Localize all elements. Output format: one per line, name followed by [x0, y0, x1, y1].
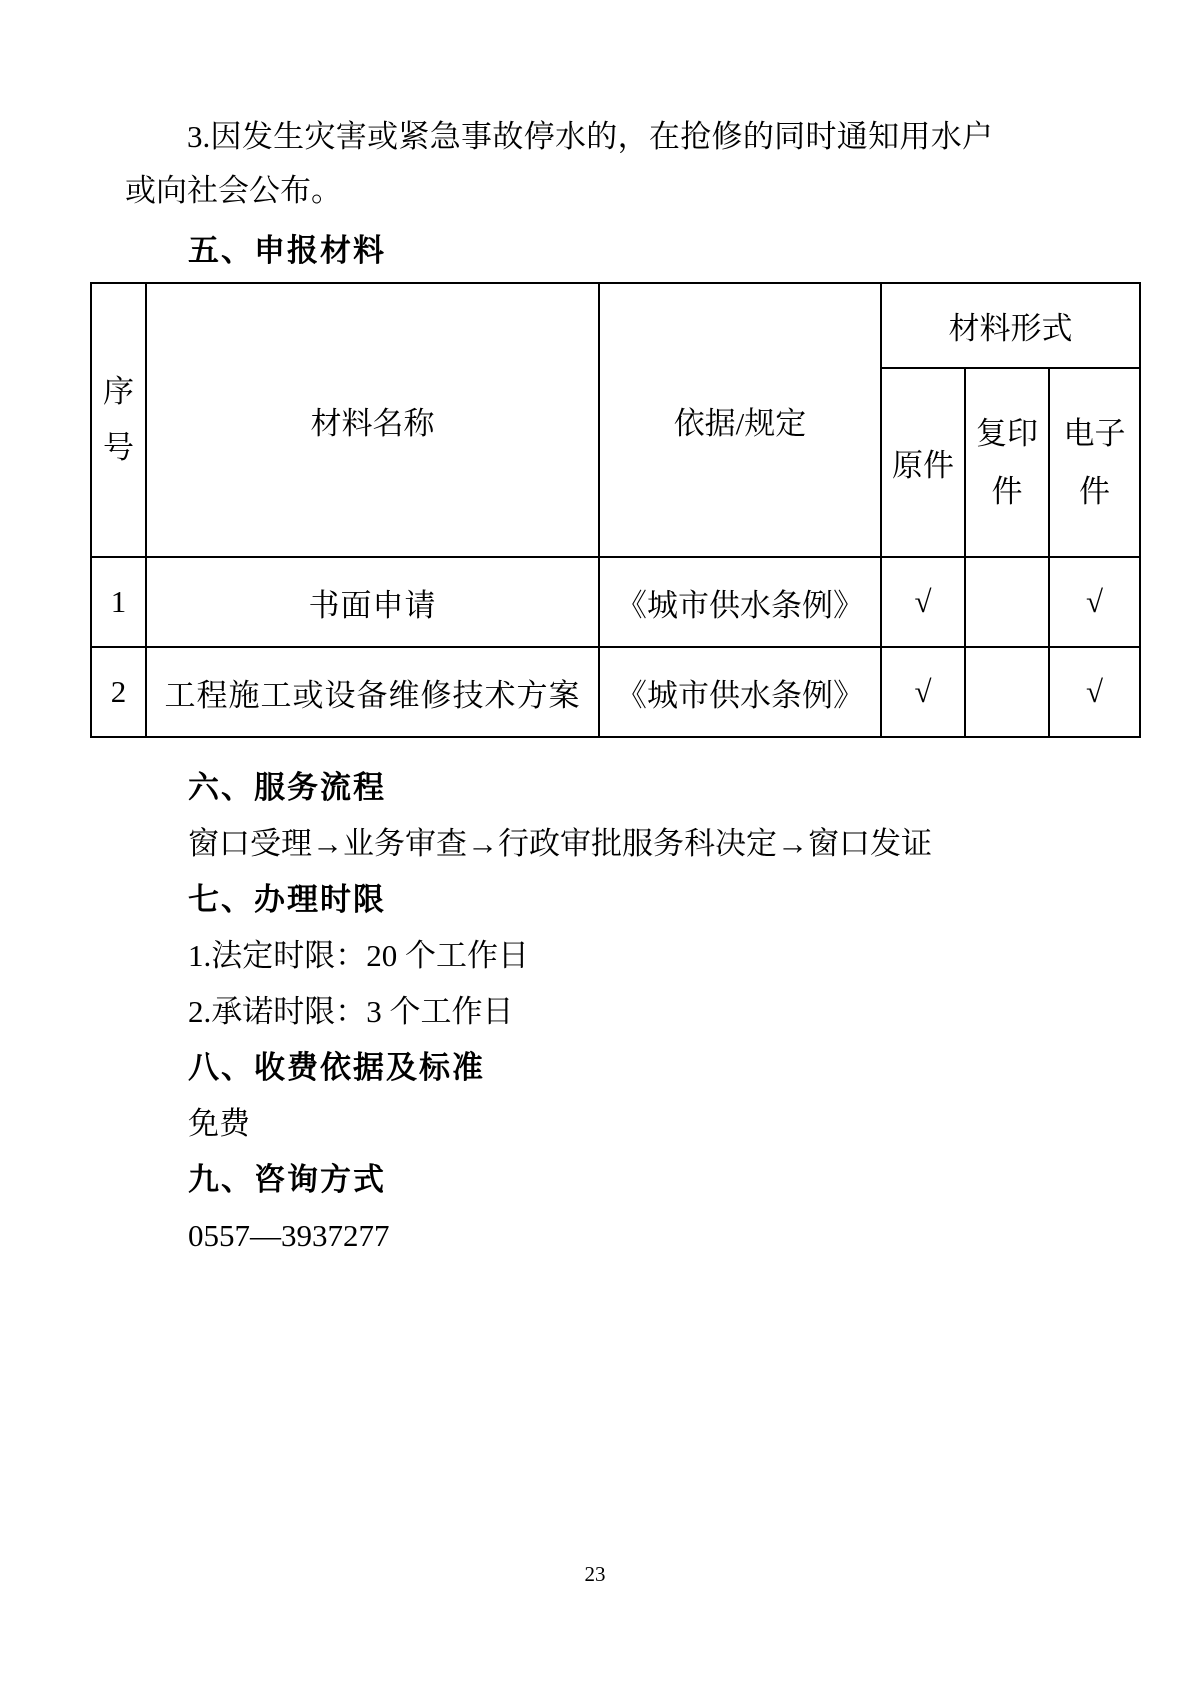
- row1-seq: 1: [91, 557, 146, 647]
- heading-section5-application-materials: 五、申报材料: [188, 226, 1190, 276]
- column-header-copy: 复印件: [965, 368, 1049, 557]
- column-header-material-name: 材料名称: [146, 283, 599, 557]
- consultation-phone-number: 0557—3937277: [188, 1208, 1190, 1264]
- heading-section8-fee-basis-standard: 八、收费依据及标准: [188, 1040, 1190, 1096]
- heading-section9-consultation-method: 九、咨询方式: [188, 1152, 1190, 1208]
- row2-electronic-checkmark: √: [1049, 647, 1140, 737]
- promised-time-limit-text: 2.承诺时限：3 个工作日: [188, 984, 1190, 1040]
- row2-material-name: 工程施工或设备维修技术方案: [146, 647, 599, 737]
- row1-basis: 《城市供水条例》: [599, 557, 881, 647]
- row2-seq: 2: [91, 647, 146, 737]
- column-header-original: 原件: [881, 368, 965, 557]
- heading-section6-service-process: 六、服务流程: [188, 760, 1190, 816]
- table-row-1: 1 书面申请 《城市供水条例》 √ √: [91, 557, 1140, 647]
- row2-copy-cell: [965, 647, 1049, 737]
- statutory-time-limit-text: 1.法定时限：20 个工作日: [188, 928, 1190, 984]
- column-header-seq: 序号: [91, 283, 146, 557]
- document-page: 3.因发生灾害或紧急事故停水的，在抢修的同时通知用水户或向社会公布。 五、申报材…: [0, 0, 1190, 1684]
- column-header-basis: 依据/规定: [599, 283, 881, 557]
- heading-section7-processing-time-limit: 七、办理时限: [188, 872, 1190, 928]
- document-content: 3.因发生灾害或紧急事故停水的，在抢修的同时通知用水户或向社会公布。 五、申报材…: [0, 0, 1190, 1264]
- materials-table: 序号 材料名称 依据/规定 材料形式 原件 复印件 电子件 1 书面申请 《城市…: [90, 282, 1141, 738]
- row1-original-checkmark: √: [881, 557, 965, 647]
- table-row-2: 2 工程施工或设备维修技术方案 《城市供水条例》 √ √: [91, 647, 1140, 737]
- fee-free-text: 免费: [188, 1096, 1190, 1152]
- service-process-flow-text: 窗口受理→业务审查→行政审批服务科决定→窗口发证: [188, 816, 1190, 872]
- column-header-material-form: 材料形式: [881, 283, 1140, 368]
- table-header-row-top: 序号 材料名称 依据/规定 材料形式: [91, 283, 1140, 368]
- page-number: 23: [0, 1562, 1190, 1587]
- row2-original-checkmark: √: [881, 647, 965, 737]
- row2-basis: 《城市供水条例》: [599, 647, 881, 737]
- row1-electronic-checkmark: √: [1049, 557, 1140, 647]
- row1-material-name: 书面申请: [146, 557, 599, 647]
- paragraph-disaster-stop-water-notice: 3.因发生灾害或紧急事故停水的，在抢修的同时通知用水户或向社会公布。: [125, 110, 993, 218]
- row1-copy-cell: [965, 557, 1049, 647]
- column-header-electronic: 电子件: [1049, 368, 1140, 557]
